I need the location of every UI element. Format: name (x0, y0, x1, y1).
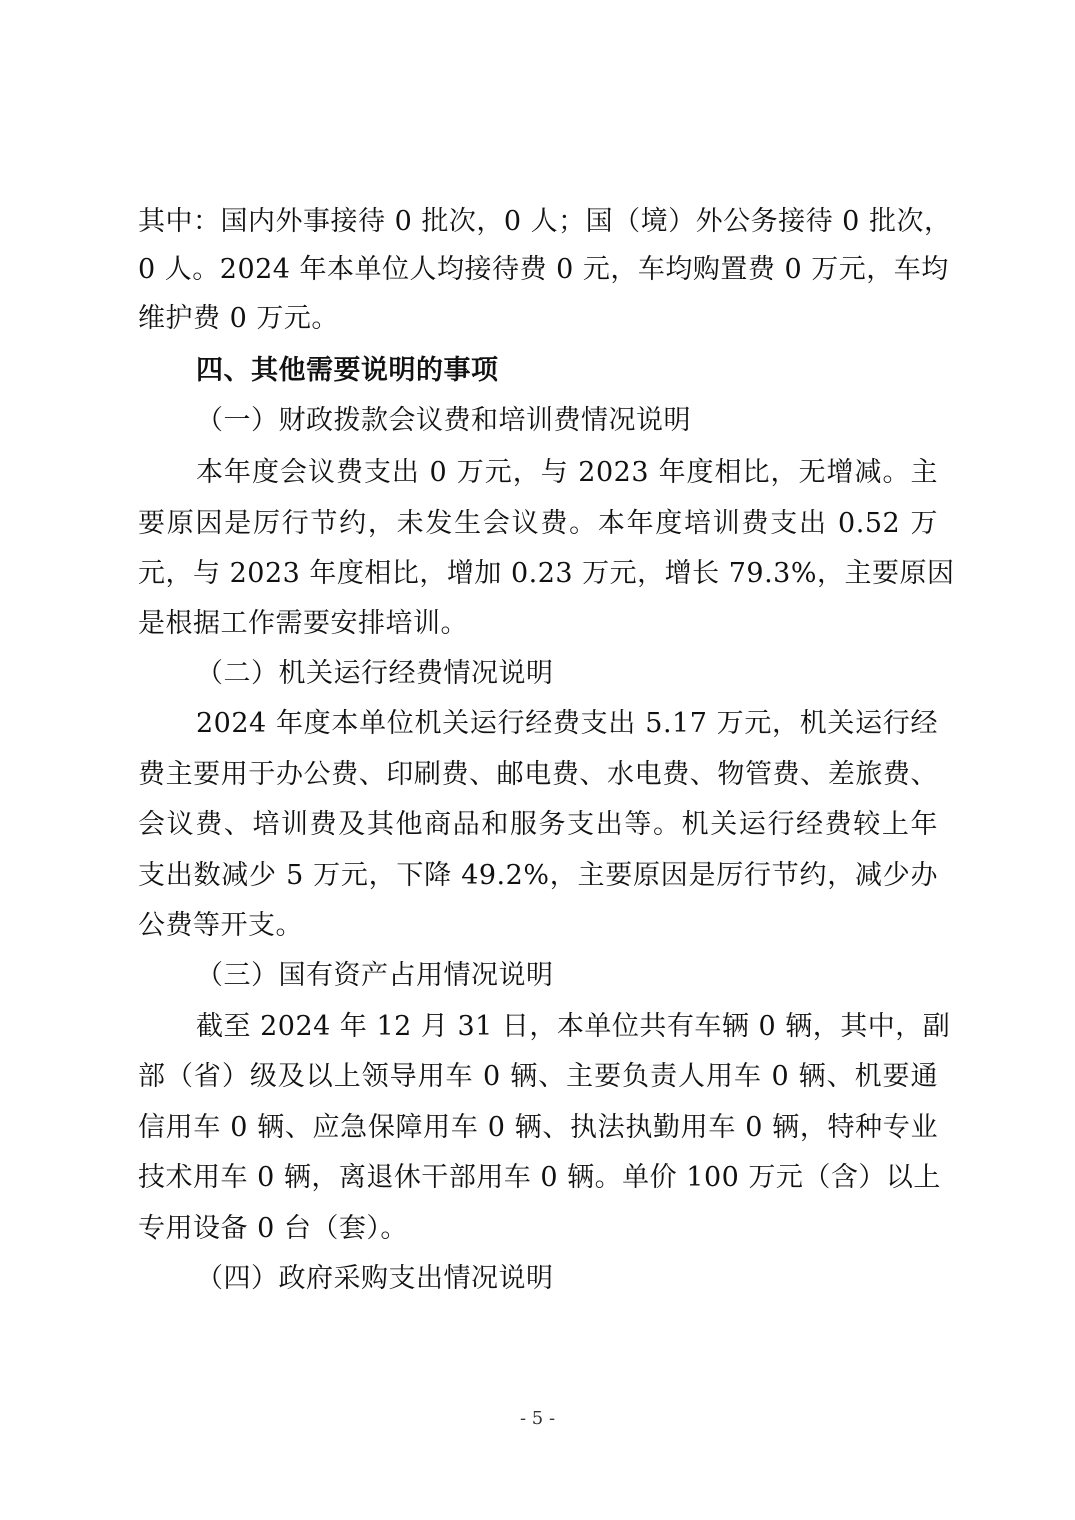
subsection-1-line-3: 元，与 2023 年度相比，增加 0.23 万元，增长 79.3%，主要原因 (138, 556, 938, 592)
subsection-3-line-1: 截至 2024 年 12 月 31 日，本单位共有车辆 0 辆，其中，副 (196, 1009, 938, 1045)
subsection-3-line-5: 专用设备 0 台（套）。 (138, 1211, 938, 1247)
subsection-2-line-1: 2024 年度本单位机关运行经费支出 5.17 万元，机关运行经 (196, 706, 938, 742)
subsection-3-line-3: 信用车 0 辆、应急保障用车 0 辆、执法执勤用车 0 辆，特种专业 (138, 1110, 938, 1146)
subsection-title-3: （三）国有资产占用情况说明 (196, 958, 996, 994)
intro-line-2: 0 人。2024 年本单位人均接待费 0 元，车均购置费 0 万元，车均 (138, 252, 938, 288)
subsection-1-line-4: 是根据工作需要安排培训。 (138, 606, 938, 642)
subsection-3-line-4: 技术用车 0 辆，离退休干部用车 0 辆。单价 100 万元（含）以上 (138, 1160, 938, 1196)
section-heading: 四、其他需要说明的事项 (196, 353, 938, 389)
document-page: 其中：国内外事接待 0 批次，0 人；国（境）外公务接待 0 批次， 0 人。2… (0, 0, 1075, 1520)
intro-line-1: 其中：国内外事接待 0 批次，0 人；国（境）外公务接待 0 批次， (138, 204, 938, 240)
subsection-2-line-5: 公费等开支。 (138, 908, 938, 944)
subsection-title-4: （四）政府采购支出情况说明 (196, 1261, 996, 1297)
subsection-2-line-2: 费主要用于办公费、印刷费、邮电费、水电费、物管费、差旅费、 (138, 757, 938, 793)
subsection-2-line-4: 支出数减少 5 万元，下降 49.2%，主要原因是厉行节约，减少办 (138, 858, 938, 894)
subsection-title-2: （二）机关运行经费情况说明 (196, 656, 996, 692)
subsection-title-1: （一）财政拨款会议费和培训费情况说明 (196, 403, 996, 439)
subsection-2-line-3: 会议费、培训费及其他商品和服务支出等。机关运行经费较上年 (138, 807, 938, 843)
page-number: - 5 - (0, 1408, 1075, 1429)
intro-line-3: 维护费 0 万元。 (138, 301, 938, 337)
subsection-1-line-2: 要原因是厉行节约，未发生会议费。本年度培训费支出 0.52 万 (138, 506, 938, 542)
subsection-1-line-1: 本年度会议费支出 0 万元，与 2023 年度相比，无增减。主 (196, 455, 938, 491)
subsection-3-line-2: 部（省）级及以上领导用车 0 辆、主要负责人用车 0 辆、机要通 (138, 1059, 938, 1095)
